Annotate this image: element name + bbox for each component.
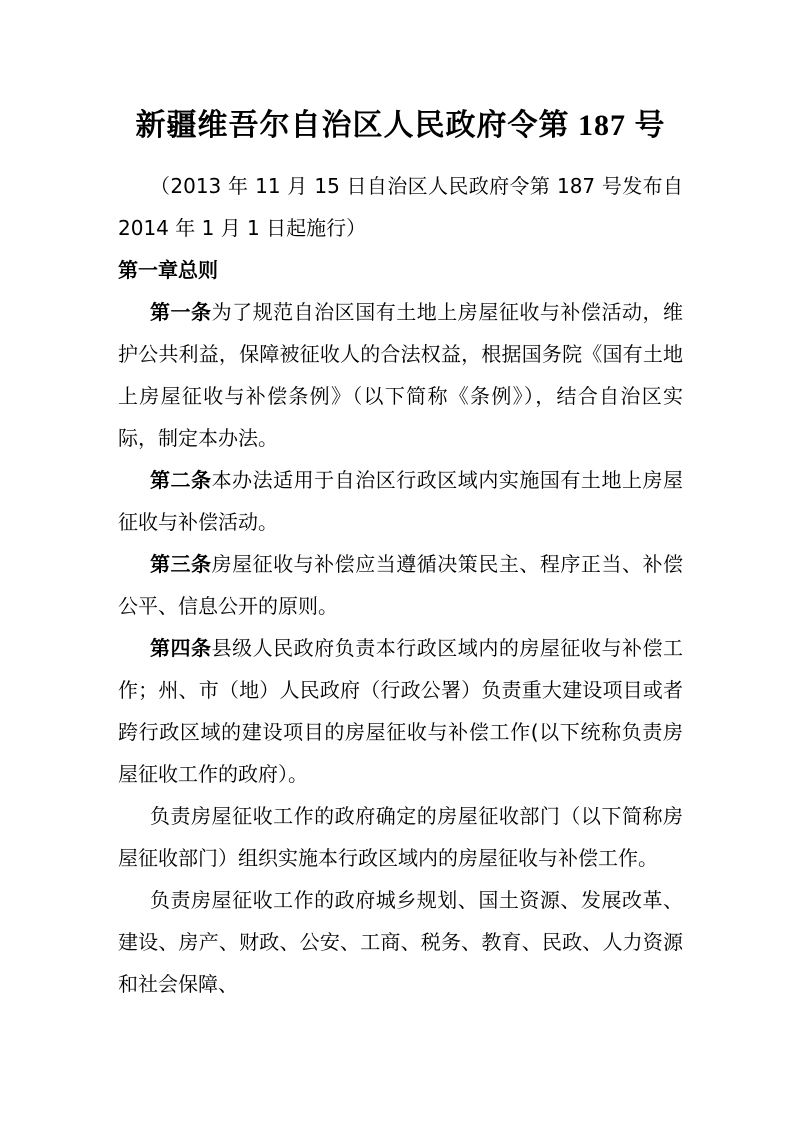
paragraph-article-3: 第三条房屋征收与补偿应当遵循决策民主、程序正当、补偿公平、信息公开的原则。: [118, 543, 683, 627]
paragraph-article-1: 第一条为了规范自治区国有土地上房屋征收与补偿活动，维护公共利益，保障被征收人的合…: [118, 291, 683, 459]
article-4-lead: 第四条: [150, 636, 212, 660]
paragraph-article-2: 第二条本办法适用于自治区行政区域内实施国有土地上房屋征收与补偿活动。: [118, 459, 683, 543]
article-1-lead: 第一条: [150, 300, 212, 324]
paragraph-article-4: 第四条县级人民政府负责本行政区域内的房屋征收与补偿工作；州、市（地）人民政府（行…: [118, 627, 683, 795]
article-2-lead: 第二条: [150, 468, 212, 492]
article-5-text: 负责房屋征收工作的政府确定的房屋征收部门（以下简称房屋征收部门）组织实施本行政区…: [118, 804, 683, 870]
document-title: 新疆维吾尔自治区人民政府令第 187 号: [118, 96, 683, 156]
article-3-lead: 第三条: [150, 552, 212, 576]
document-page: 新疆维吾尔自治区人民政府令第 187 号 （2013 年 11 月 15 日自治…: [0, 0, 793, 1122]
paragraph-article-4-continuation-2: 负责房屋征收工作的政府城乡规划、国土资源、发展改革、建设、房产、财政、公安、工商…: [118, 879, 683, 1005]
chapter-heading: 第一章总则: [118, 249, 683, 291]
promulgation-note: （2013 年 11 月 15 日自治区人民政府令第 187 号发布自 2014…: [118, 165, 683, 249]
article-6-text: 负责房屋征收工作的政府城乡规划、国土资源、发展改革、建设、房产、财政、公安、工商…: [118, 888, 683, 996]
paragraph-article-4-continuation-1: 负责房屋征收工作的政府确定的房屋征收部门（以下简称房屋征收部门）组织实施本行政区…: [118, 795, 683, 879]
